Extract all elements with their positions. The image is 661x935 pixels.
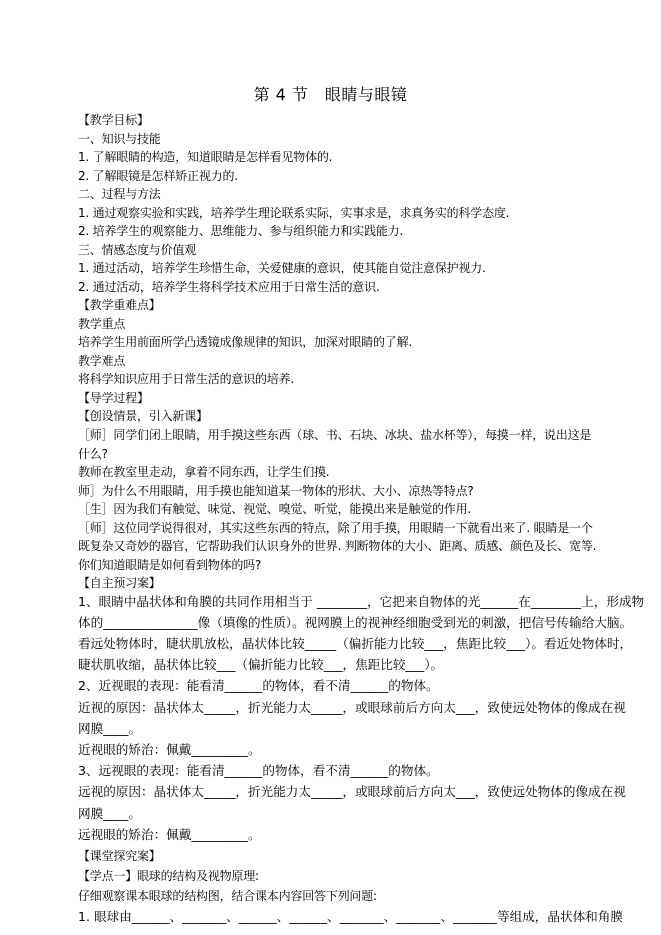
fill-in-question: 远视的原因：晶状体太_____，折光能力太_____，或眼球前后方向太___，致… (78, 784, 588, 800)
section-heading-self-study: 【自主预习案】 (78, 575, 588, 591)
text-line: 1. 通过观察实验和实践，培养学生理论联系实际，实事求是，求真务实的科学态度. (78, 205, 588, 221)
section-heading-key-points: 【教学重难点】 (78, 297, 588, 313)
text-line: 什么? (78, 446, 588, 462)
subheading-point-one: 【学点一】眼球的结构及视物原理: (78, 868, 588, 884)
text-line: ［师］同学们闭上眼睛，用手摸这些东西（球、书、石块、冰块、盐水杯等），每摸一样，… (78, 427, 588, 443)
text-line: 2. 了解眼镜是怎样矫正视力的. (78, 168, 588, 184)
fill-in-question: 看远处物体时，睫状肌放松，晶状体比较_____（偏折能力比较___，焦距比较__… (78, 636, 588, 652)
subheading-knowledge: 一、知识与技能 (78, 131, 588, 147)
text-line: 2. 培养学生的观察能力、思维能力、参与组织能力和实践能力. (78, 223, 588, 239)
subheading-scenario: 【创设情景，引入新课】 (78, 408, 588, 424)
fill-in-question: 网膜____。 (78, 806, 588, 822)
text-line: 师］为什么不用眼睛，用手摸也能知道某一物体的形状、大小、凉热等特点? (78, 483, 588, 499)
text-line: ［生］因为我们有触觉、味觉、视觉、嗅觉、听觉，能摸出来是触觉的作用. (78, 501, 588, 517)
section-heading-objectives: 【教学目标】 (78, 112, 588, 128)
fill-in-question: 近视的原因：晶状体太_____，折光能力太_____，或眼球前后方向太___，致… (78, 700, 588, 716)
text-line: 1. 通过活动，培养学生珍惜生命，关爱健康的意识，使其能自觉注意保护视力. (78, 260, 588, 276)
fill-in-question: 3、远视眼的表现：能看清______的物体，看不清______的物体。 (78, 763, 588, 779)
text-line: 1. 了解眼睛的构造，知道眼睛是怎样看见物体的. (78, 149, 588, 165)
fill-in-question: 网膜____。 (78, 721, 588, 737)
text-line: 教师在教室里走动，拿着不同东西，让学生们摸. (78, 464, 588, 480)
fill-in-question: 1、眼睛中晶状体和角膜的共同作用相当于 ________，它把来自物体的光___… (78, 594, 588, 610)
fill-in-question: 远视眼的矫治：佩戴_________。 (78, 827, 588, 843)
fill-in-question: 体的_______________像（填像的性质）。视网膜上的视神经细胞受到光的… (78, 615, 588, 631)
text-line: 既复杂又奇妙的器官，它帮助我们认识身外的世界. 判断物体的大小、距离、质感、颜色… (78, 538, 588, 554)
fill-in-question: 1. 眼球由______、_______、______、______、_____… (78, 909, 588, 925)
subheading-focus: 教学重点 (78, 316, 588, 332)
subheading-difficulty: 教学难点 (78, 353, 588, 369)
document-page: 第 4 节 眼睛与眼镜 【教学目标】 一、知识与技能 1. 了解眼睛的构造，知道… (0, 0, 661, 935)
text-line: 培养学生用前面所学凸透镜成像规律的知识，加深对眼睛的了解. (78, 334, 588, 350)
subheading-attitude: 三、情感态度与价值观 (78, 242, 588, 258)
text-line: ［师］这位同学说得很对，其实这些东西的特点，除了用手摸，用眼睛一下就看出来了. … (78, 520, 588, 536)
text-line: 2. 通过活动，培养学生将科学技术应用于日常生活的意识. (78, 279, 588, 295)
fill-in-question: 睫状肌收缩，晶状体比较___（偏折能力比较___，焦距比较___）。 (78, 657, 588, 673)
section-heading-class-inquiry: 【课堂探究案】 (78, 848, 588, 864)
fill-in-question: 近视眼的矫治：佩戴_________。 (78, 742, 588, 758)
fill-in-question: 2、近视眼的表现：能看清______的物体，看不清______的物体。 (78, 678, 588, 694)
subheading-process: 二、过程与方法 (78, 186, 588, 202)
text-line: 将科学知识应用于日常生活的意识的培养. (78, 371, 588, 387)
text-line: 你们知道眼睛是如何看到物体的吗? (78, 557, 588, 573)
section-heading-guided-process: 【导学过程】 (78, 390, 588, 406)
text-line: 仔细观察课本眼球的结构图，结合课本内容回答下列问题: (78, 888, 588, 904)
page-title: 第 4 节 眼睛与眼镜 (0, 84, 661, 106)
